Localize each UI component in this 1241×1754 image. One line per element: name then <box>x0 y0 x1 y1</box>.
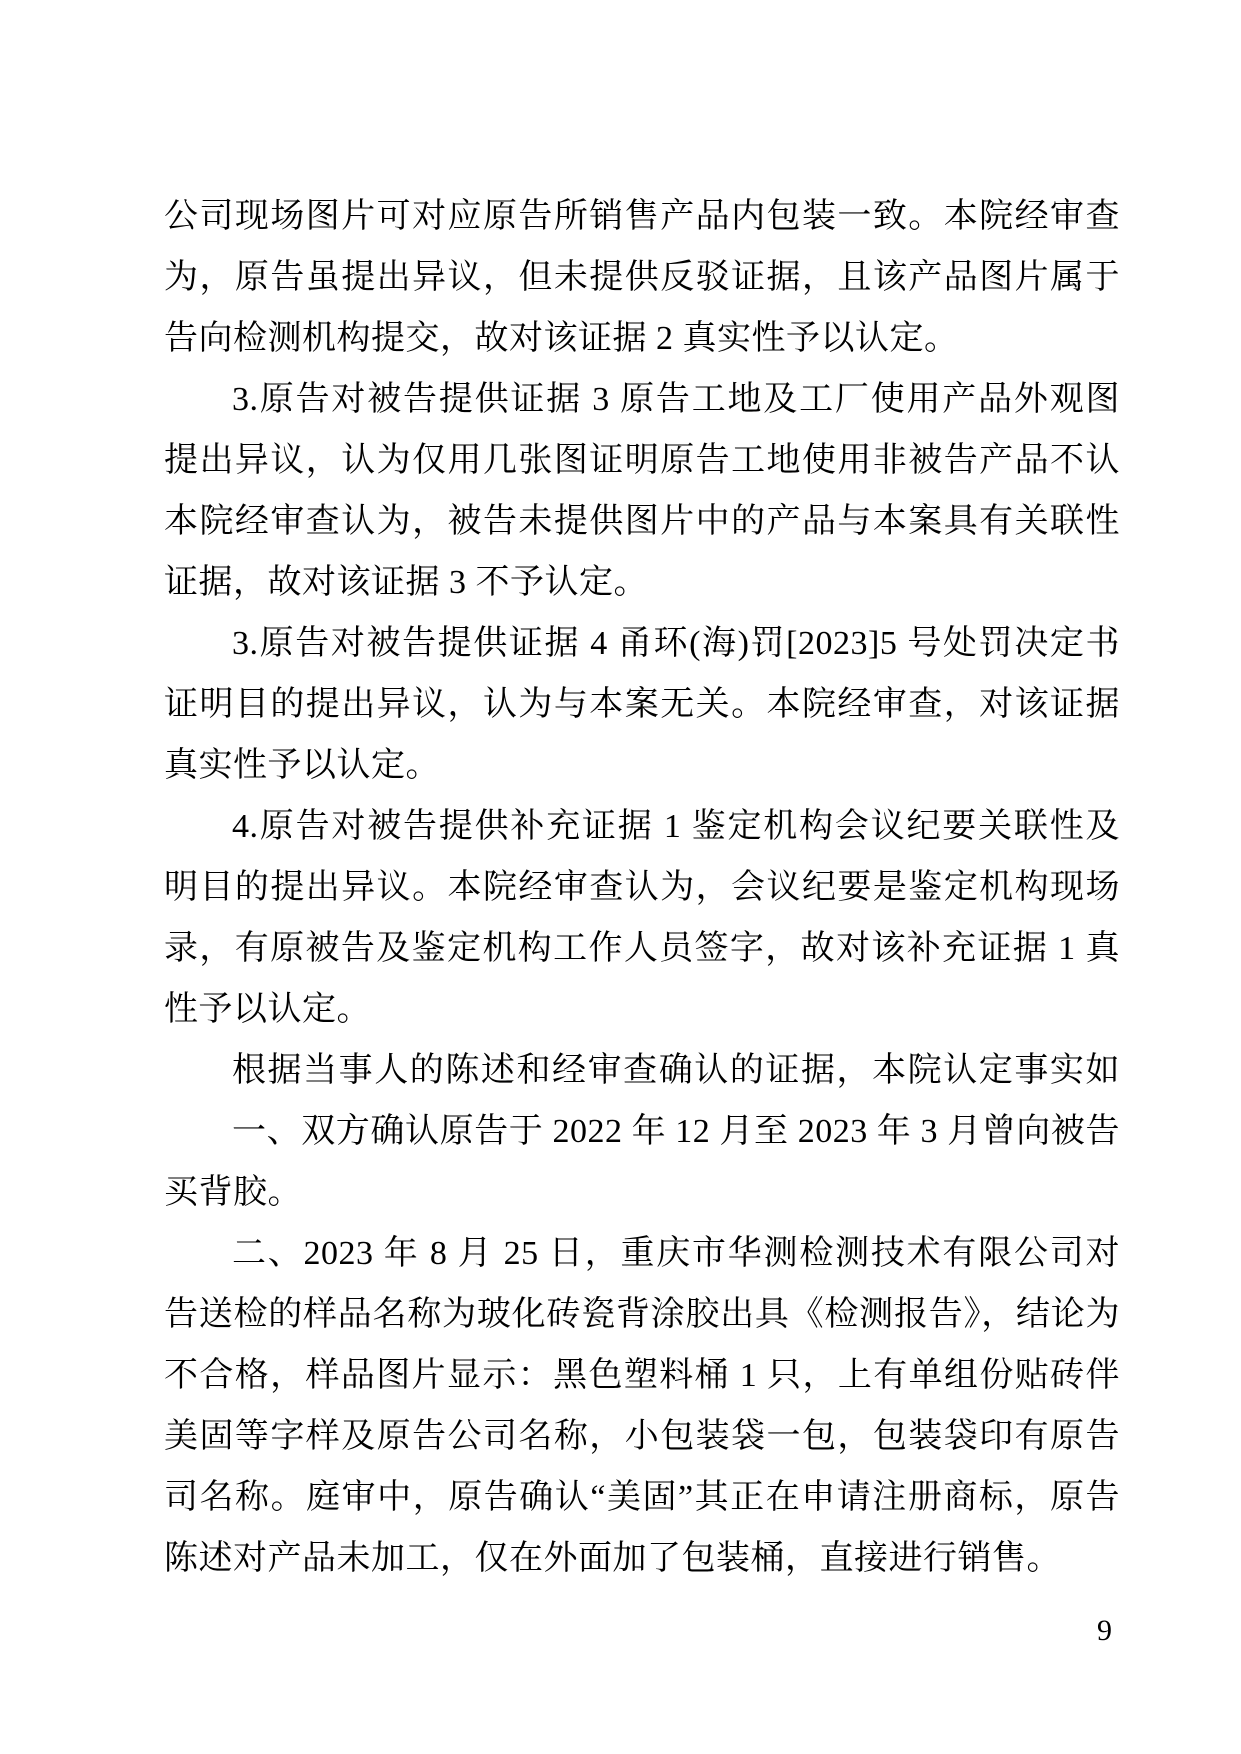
text-line: 3.原告对被告提供证据 4 甬环(海)罚[2023]5 号处罚决定书 <box>164 613 1120 674</box>
text-line: 3.原告对被告提供证据 3 原告工地及工厂使用产品外观图片 <box>164 369 1120 430</box>
text-line: 司名称。庭审中，原告确认“美固”其正在申请注册商标，原告 <box>164 1467 1120 1528</box>
page-number: 9 <box>164 1612 1112 1650</box>
text-line: 性予以认定。 <box>164 979 1120 1040</box>
text-line: 提出异议，认为仅用几张图证明原告工地使用非被告产品不认可。 <box>164 430 1120 491</box>
text-line: 证明目的提出异议，认为与本案无关。本院经审查，对该证据 4 <box>164 674 1120 735</box>
text-line: 陈述对产品未加工，仅在外面加了包装桶，直接进行销售。 <box>164 1528 1120 1589</box>
text-line: 二、2023 年 8 月 25 日，重庆市华测检测技术有限公司对原 <box>164 1223 1120 1284</box>
text-line: 证据，故对该证据 3 不予认定。 <box>164 552 1120 613</box>
judgment-text-block: 公司现场图片可对应原告所销售产品内包装一致。本院经审查认 为，原告虽提出异议，但… <box>164 186 1120 1589</box>
text-line: 买背胶。 <box>164 1162 1120 1223</box>
text-line: 告向检测机构提交，故对该证据 2 真实性予以认定。 <box>164 308 1120 369</box>
text-line: 本院经审查认为，被告未提供图片中的产品与本案具有关联性的 <box>164 491 1120 552</box>
text-line: 一、双方确认原告于 2022 年 12 月至 2023 年 3 月曾向被告购 <box>164 1101 1120 1162</box>
text-line: 为，原告虽提出异议，但未提供反驳证据，且该产品图片属于原 <box>164 247 1120 308</box>
text-line: 告送检的样品名称为玻化砖瓷背涂胶出具《检测报告》，结论为 <box>164 1284 1120 1345</box>
text-line: 明目的提出异议。本院经审查认为，会议纪要是鉴定机构现场笔 <box>164 857 1120 918</box>
text-line: 真实性予以认定。 <box>164 735 1120 796</box>
text-line: 美固等字样及原告公司名称，小包装袋一包，包装袋印有原告公 <box>164 1406 1120 1467</box>
text-line: 录，有原被告及鉴定机构工作人员签字，故对该补充证据 1 真实 <box>164 918 1120 979</box>
document-page: 公司现场图片可对应原告所销售产品内包装一致。本院经审查认 为，原告虽提出异议，但… <box>0 0 1241 1754</box>
text-line: 根据当事人的陈述和经审查确认的证据，本院认定事实如下： <box>164 1040 1120 1101</box>
text-line: 4.原告对被告提供补充证据 1 鉴定机构会议纪要关联性及证 <box>164 796 1120 857</box>
text-line: 不合格，样品图片显示：黑色塑料桶 1 只，上有单组份贴砖伴侣， <box>164 1345 1120 1406</box>
text-line: 公司现场图片可对应原告所销售产品内包装一致。本院经审查认 <box>164 186 1120 247</box>
